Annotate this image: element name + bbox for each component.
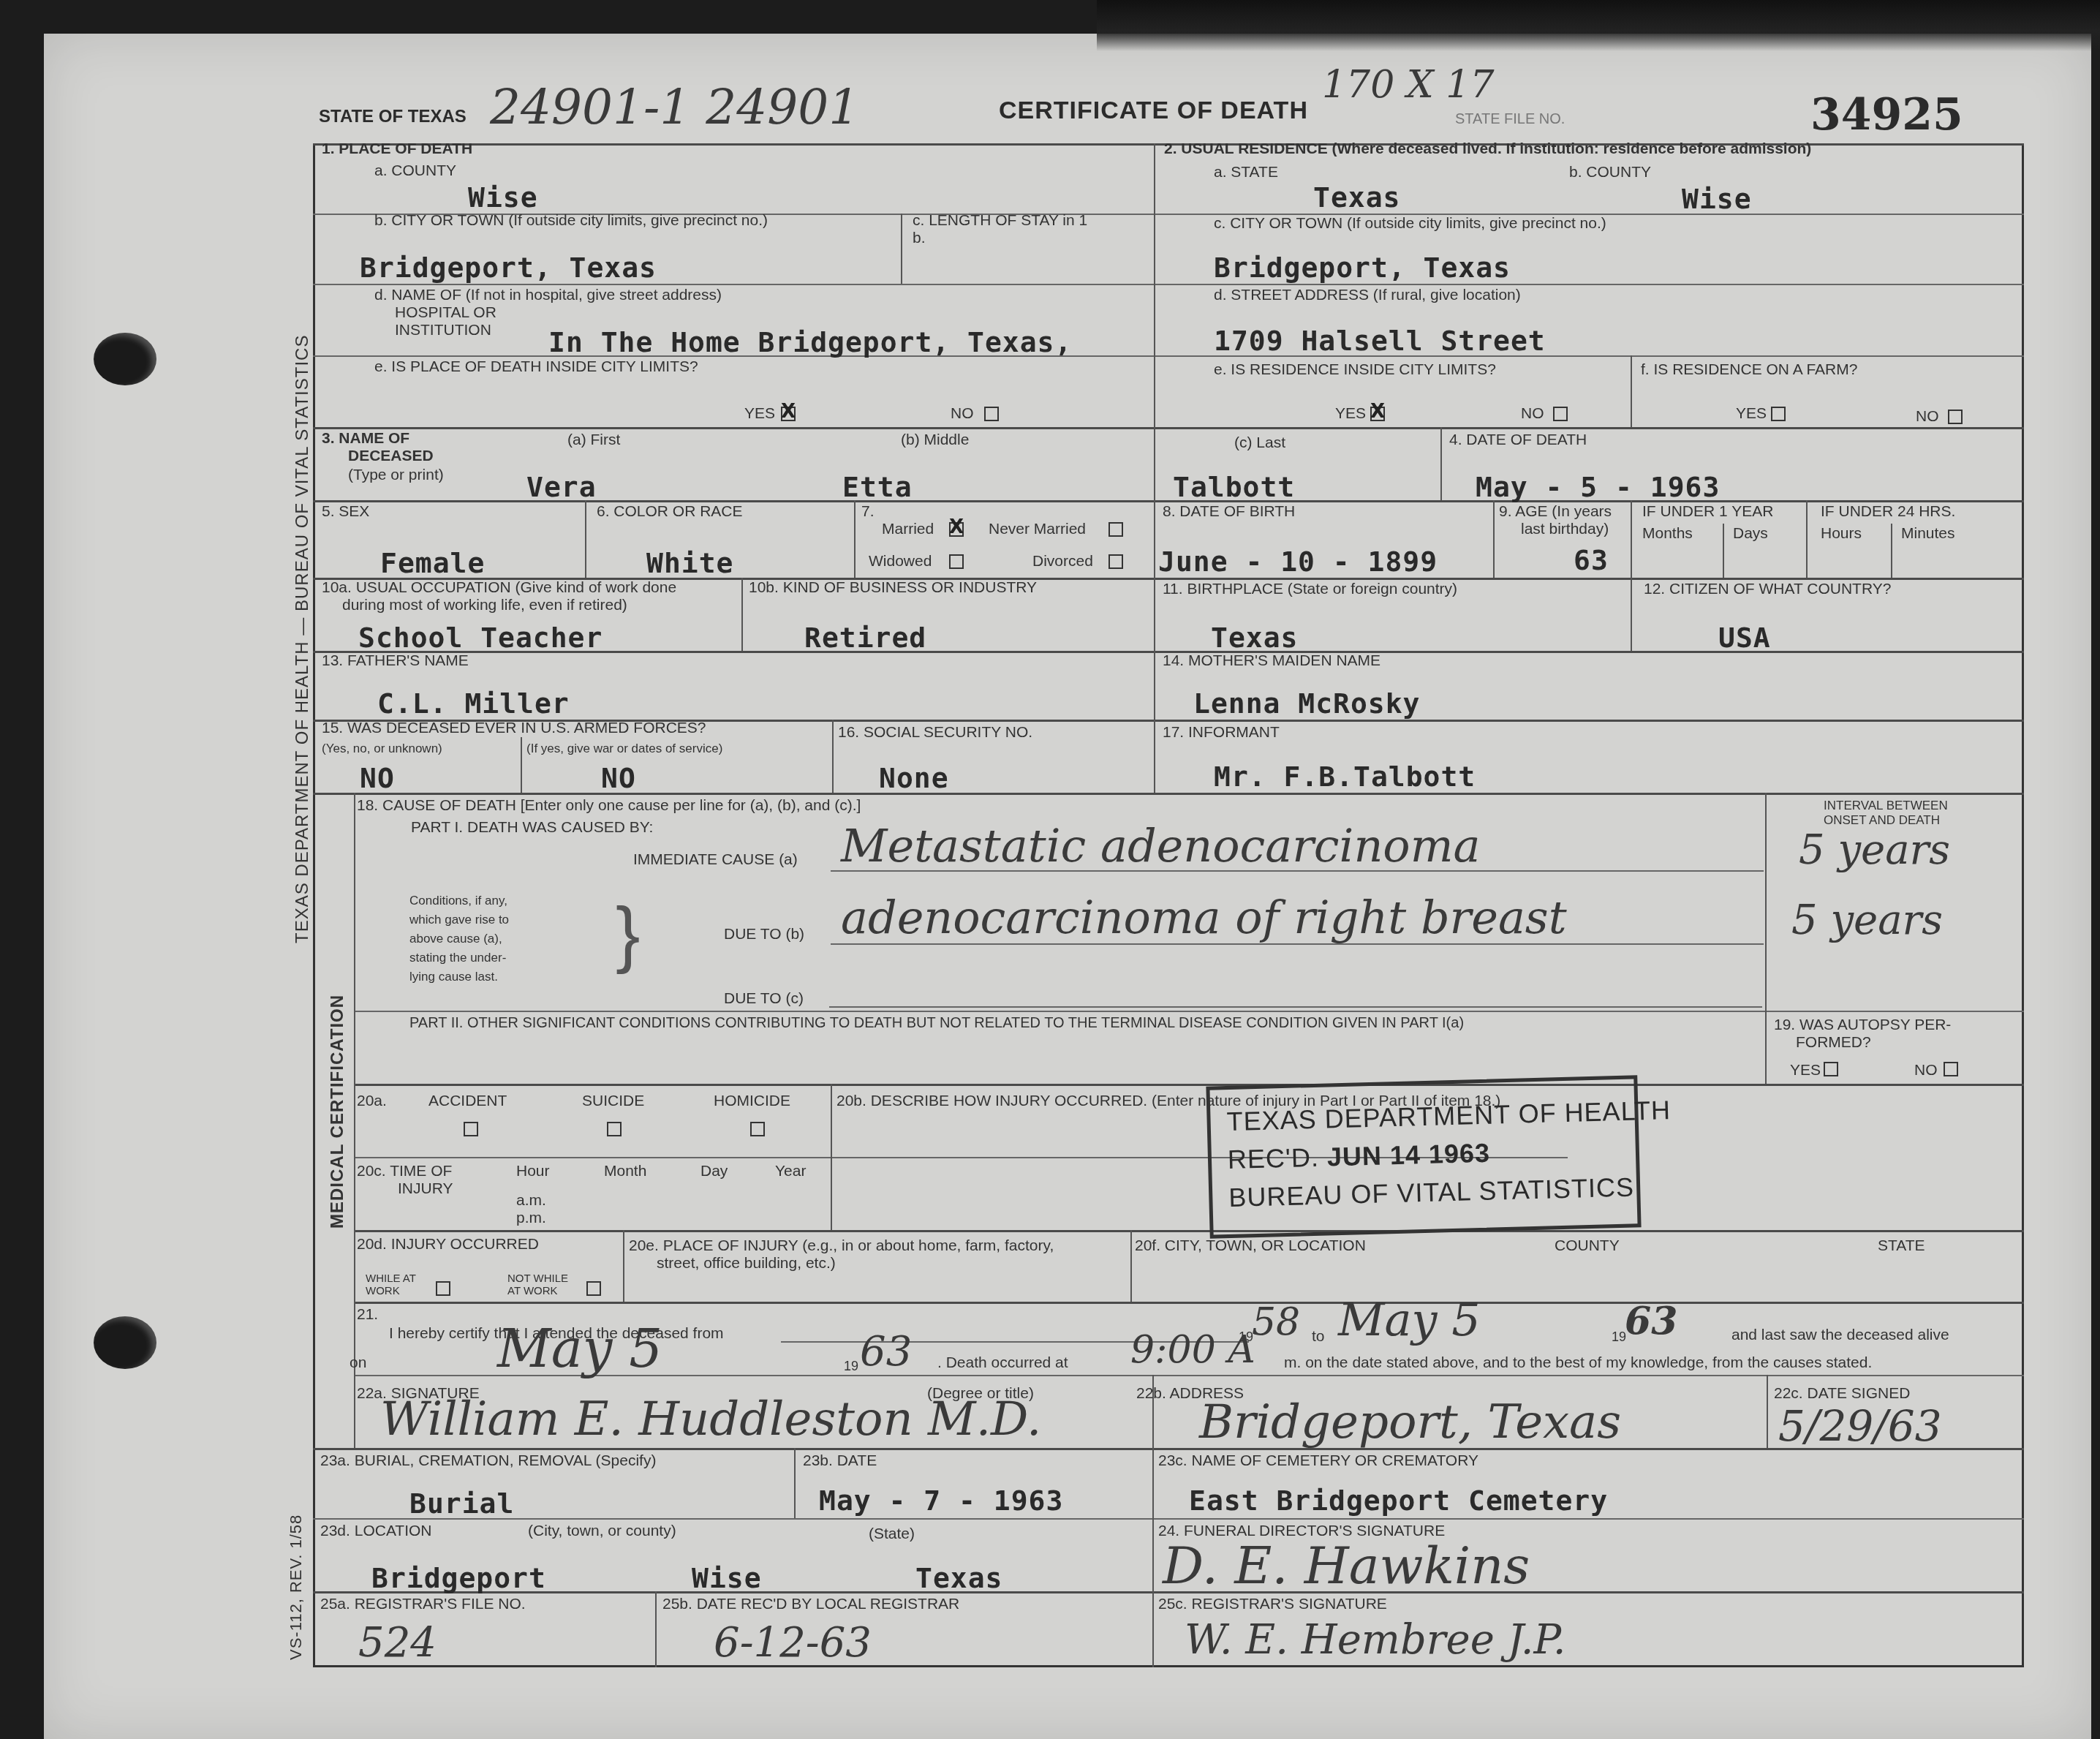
- autopsy-label: 19. WAS AUTOPSY PER-: [1774, 1016, 1951, 1034]
- conditions-note: which gave rise to: [409, 913, 509, 927]
- injury-type-label: 20a.: [357, 1093, 387, 1110]
- age-label: 9. AGE (In years: [1499, 503, 1612, 521]
- armed-yn-label: (Yes, no, or unknown): [322, 742, 442, 756]
- conditions-note: above cause (a),: [409, 932, 502, 946]
- farm-no-checkbox[interactable]: [1948, 410, 1963, 424]
- marital-label: 7.: [861, 503, 875, 521]
- interval-label: INTERVAL BETWEEN: [1824, 799, 1948, 813]
- farm-label: f. IS RESIDENCE ON A FARM?: [1641, 361, 1857, 379]
- inside-city-label: e. IS PLACE OF DEATH INSIDE CITY LIMITS?: [374, 358, 698, 376]
- minutes-label: Minutes: [1901, 525, 1955, 543]
- certification-number: 21.: [357, 1306, 378, 1324]
- no-label: NO: [1914, 1062, 1938, 1079]
- form-id: VS-112, REV. 1/58: [287, 1514, 306, 1660]
- institution-value: In The Home Bridgeport, Texas,: [548, 326, 1072, 358]
- date-of-death-value: May - 5 - 1963: [1476, 471, 1720, 503]
- injury-occurred-label: 20d. INJURY OCCURRED: [357, 1236, 539, 1253]
- suicide-label: SUICIDE: [582, 1093, 644, 1110]
- interval-a-value: 5 years: [1799, 826, 1950, 874]
- residence-county-value: Wise: [1682, 183, 1752, 215]
- father-name-label: 13. FATHER'S NAME: [322, 652, 469, 670]
- name-label-2: DECEASED: [348, 448, 434, 465]
- dob-value: June - 10 - 1899: [1158, 546, 1438, 578]
- time-of-injury-label-2: INJURY: [398, 1180, 453, 1198]
- armed-forces-label: 15. WAS DECEASED EVER IN U.S. ARMED FORC…: [322, 720, 706, 737]
- date-of-death-label: 4. DATE OF DEATH: [1449, 431, 1587, 449]
- residence-state-label: a. STATE: [1214, 164, 1278, 181]
- street-address-value: 1709 Halsell Street: [1214, 325, 1546, 357]
- conditions-note: Conditions, if any,: [409, 894, 507, 908]
- name-label-3: (Type or print): [348, 467, 444, 484]
- no-label: NO: [1916, 408, 1939, 426]
- state-label: STATE OF TEXAS: [319, 107, 467, 127]
- first-name-value: Vera: [526, 471, 597, 503]
- part2-label: PART II. OTHER SIGNIFICANT CONDITIONS CO…: [409, 1015, 1464, 1032]
- last-seen-year: 63: [860, 1328, 912, 1376]
- death-occurred-label: . Death occurred at: [937, 1354, 1068, 1372]
- stamp-recd: REC'D.: [1227, 1142, 1319, 1174]
- date-recd-value: 6-12-63: [714, 1619, 872, 1667]
- divorced-label: Divorced: [1032, 553, 1093, 570]
- armed-service-label: (If yes, give war or dates of service): [526, 742, 722, 756]
- date-recd-label: 25b. DATE REC'D BY LOCAL REGISTRAR: [662, 1596, 959, 1613]
- to-label: to: [1312, 1328, 1325, 1346]
- death-county-value: Wise: [468, 181, 538, 214]
- department-margin-text: TEXAS DEPARTMENT OF HEALTH — BUREAU OF V…: [292, 335, 313, 943]
- residence-county-label: b. COUNTY: [1569, 164, 1651, 181]
- middle-name-value: Etta: [842, 471, 913, 503]
- never-married-label: Never Married: [989, 521, 1086, 538]
- physician-signature: William E. Huddleston M.D.: [380, 1392, 1041, 1446]
- citizen-value: USA: [1718, 622, 1771, 654]
- farm-yes-checkbox[interactable]: [1771, 407, 1786, 421]
- death-city-value: Bridgeport, Texas: [360, 252, 657, 284]
- residence-state-value: Texas: [1313, 181, 1400, 214]
- ssn-value: None: [879, 762, 949, 794]
- dob-label: 8. DATE OF BIRTH: [1163, 503, 1295, 521]
- race-value: White: [646, 547, 733, 579]
- while-at-work-checkbox[interactable]: [436, 1281, 450, 1296]
- injury-city-label: 20f. CITY, TOWN, OR LOCATION: [1135, 1237, 1366, 1255]
- never-married-checkbox[interactable]: [1108, 522, 1123, 537]
- state-file-label: STATE FILE NO.: [1455, 111, 1565, 128]
- married-checkbox[interactable]: [949, 522, 964, 537]
- hour-label: Hour: [516, 1163, 550, 1180]
- homicide-label: HOMICIDE: [714, 1093, 790, 1110]
- county-label: a. COUNTY: [374, 162, 456, 180]
- burial-date-label: 23b. DATE: [803, 1452, 877, 1470]
- received-stamp: TEXAS DEPARTMENT OF HEALTH REC'D. JUN 14…: [1206, 1075, 1641, 1238]
- physician-address: Bridgeport, Texas: [1199, 1395, 1621, 1449]
- registrar-signature: W. E. Hembree J.P.: [1185, 1616, 1566, 1664]
- conditions-note: lying cause last.: [409, 970, 498, 984]
- widowed-checkbox[interactable]: [949, 554, 964, 569]
- industry-label: 10b. KIND OF BUSINESS OR INDUSTRY: [749, 579, 1037, 597]
- bracket-icon: }: [616, 892, 640, 976]
- place-of-death-label: 1. PLACE OF DEATH: [322, 140, 472, 158]
- first-name-label: (a) First: [567, 431, 620, 449]
- attended-to-date: May 5: [1338, 1293, 1481, 1346]
- injury-state-label: STATE: [1878, 1237, 1925, 1255]
- residence-inside-city-label: e. IS RESIDENCE INSIDE CITY LIMITS?: [1214, 361, 1496, 379]
- inside-city-yes-checkbox[interactable]: [781, 407, 796, 421]
- autopsy-yes-checkbox[interactable]: [1824, 1062, 1838, 1076]
- due-to-b-label: DUE TO (b): [724, 926, 804, 943]
- due-to-b-value: adenocarcinoma of right breast: [841, 891, 1567, 944]
- part1-label: PART I. DEATH WAS CAUSED BY:: [411, 819, 653, 837]
- sex-value: Female: [380, 547, 485, 579]
- occupation-value: School Teacher: [358, 622, 603, 654]
- yes-label: YES: [1736, 405, 1767, 423]
- punch-hole-icon: [94, 333, 156, 385]
- burial-date-value: May - 7 - 1963: [819, 1485, 1063, 1517]
- birthplace-value: Texas: [1211, 622, 1298, 654]
- interval-b-value: 5 years: [1791, 897, 1943, 944]
- age-value: 63: [1574, 544, 1609, 576]
- residence-inside-city-yes-checkbox[interactable]: [1370, 407, 1385, 421]
- months-label: Months: [1642, 525, 1693, 543]
- location-city-value: Bridgeport: [371, 1562, 546, 1594]
- immediate-cause-value: Metastatic adenocarcinoma: [841, 819, 1480, 872]
- father-name-value: C.L. Miller: [377, 687, 570, 720]
- year-label: Year: [775, 1163, 806, 1180]
- stamp-year: 1963: [1428, 1138, 1490, 1169]
- residence-city-value: Bridgeport, Texas: [1214, 252, 1511, 284]
- usual-residence-label: 2. USUAL RESIDENCE (Where deceased lived…: [1164, 140, 1811, 158]
- cause-of-death-label: 18. CAUSE OF DEATH [Enter only one cause…: [357, 797, 861, 815]
- suicide-checkbox[interactable]: [607, 1122, 622, 1136]
- divorced-checkbox[interactable]: [1108, 554, 1123, 569]
- yes-label: YES: [1790, 1062, 1821, 1079]
- last-seen-date: May 5: [497, 1318, 662, 1379]
- date-signed-label: 22c. DATE SIGNED: [1774, 1385, 1910, 1403]
- no-label: NO: [1521, 405, 1544, 423]
- widowed-label: Widowed: [869, 553, 932, 570]
- stamp-date: JUN 14: [1326, 1139, 1421, 1172]
- middle-name-label: (b) Middle: [901, 431, 969, 449]
- place-of-injury-label-2: street, office building, etc.): [657, 1255, 836, 1272]
- punch-hole-icon: [94, 1316, 156, 1369]
- am-label: a.m.: [516, 1192, 546, 1210]
- institution-label-3: INSTITUTION: [395, 322, 491, 339]
- informant-value: Mr. F.B.Talbott: [1214, 761, 1476, 793]
- residence-city-label: c. CITY OR TOWN (If outside city limits,…: [1214, 215, 1606, 233]
- last-name-value: Talbott: [1173, 471, 1295, 503]
- certificate-title: CERTIFICATE OF DEATH: [999, 97, 1308, 125]
- last-name-label: (c) Last: [1234, 434, 1285, 452]
- registrar-file-no-value: 524: [358, 1619, 437, 1667]
- scan-shadow: [1097, 0, 2100, 51]
- burial-type-value: Burial: [409, 1487, 514, 1520]
- sex-label: 5. SEX: [322, 503, 369, 521]
- days-label: Days: [1733, 525, 1768, 543]
- street-address-label: d. STREET ADDRESS (If rural, give locati…: [1214, 287, 1521, 304]
- while-at-work-label: WHILE AT WORK: [366, 1272, 431, 1298]
- location-city-label: (City, town, or county): [528, 1523, 676, 1540]
- funeral-director-signature: D. E. Hawkins: [1163, 1536, 1530, 1596]
- place-of-injury-label: 20e. PLACE OF INJURY (e.g., in or about …: [629, 1237, 1054, 1255]
- not-while-at-work-checkbox[interactable]: [586, 1281, 601, 1296]
- conditions-note: stating the under-: [409, 951, 506, 965]
- certificate-number: 34925: [1810, 89, 1963, 140]
- city-label: b. CITY OR TOWN (If outside city limits,…: [374, 212, 768, 230]
- yes-label: YES: [1335, 405, 1366, 423]
- interval-label-2: ONSET AND DEATH: [1824, 813, 1940, 828]
- year-prefix: 19: [844, 1359, 858, 1374]
- cemetery-label: 23c. NAME OF CEMETERY OR CREMATORY: [1158, 1452, 1478, 1470]
- immediate-cause-label: IMMEDIATE CAUSE (a): [633, 851, 798, 869]
- armed-service-value: NO: [601, 762, 636, 794]
- attended-to-year: 63: [1625, 1299, 1677, 1343]
- accident-checkbox[interactable]: [464, 1122, 478, 1136]
- occupation-label-2: during most of working life, even if ret…: [342, 597, 627, 614]
- age-label-2: last birthday): [1521, 521, 1609, 538]
- location-state-label: (State): [869, 1525, 915, 1543]
- certification-text-2: and last saw the deceased alive: [1731, 1327, 1949, 1344]
- race-label: 6. COLOR OR RACE: [597, 503, 743, 521]
- industry-value: Retired: [804, 622, 926, 654]
- name-label: 3. NAME OF: [322, 430, 409, 448]
- ssn-label: 16. SOCIAL SECURITY NO.: [838, 724, 1032, 742]
- under-1-year-label: IF UNDER 1 YEAR: [1642, 503, 1773, 521]
- married-label: Married: [882, 521, 934, 538]
- citizen-label: 12. CITIZEN OF WHAT COUNTRY?: [1644, 581, 1891, 598]
- hours-label: Hours: [1821, 525, 1862, 543]
- length-of-stay-label: c. LENGTH OF STAY in 1 b.: [913, 212, 1103, 247]
- pm-label: p.m.: [516, 1210, 546, 1227]
- accident-label: ACCIDENT: [428, 1093, 507, 1110]
- informant-label: 17. INFORMANT: [1163, 724, 1280, 742]
- injury-county-label: COUNTY: [1555, 1237, 1620, 1255]
- cemetery-value: East Bridgeport Cemetery: [1189, 1485, 1608, 1517]
- inside-city-no-checkbox[interactable]: [984, 407, 999, 421]
- no-label: NO: [951, 405, 974, 423]
- autopsy-no-checkbox[interactable]: [1944, 1062, 1958, 1076]
- homicide-checkbox[interactable]: [750, 1122, 765, 1136]
- occupation-label: 10a. USUAL OCCUPATION (Give kind of work…: [322, 579, 676, 597]
- time-of-injury-label: 20c. TIME OF: [357, 1163, 452, 1180]
- handwritten-index-numbers: 24901-1 24901: [490, 79, 859, 135]
- residence-inside-city-no-checkbox[interactable]: [1553, 407, 1568, 421]
- attended-from-year: 58: [1252, 1300, 1300, 1344]
- registrar-file-no-label: 25a. REGISTRAR'S FILE NO.: [320, 1596, 526, 1613]
- location-label: 23d. LOCATION: [320, 1523, 432, 1540]
- burial-type-label: 23a. BURIAL, CREMATION, REMOVAL (Specify…: [320, 1452, 656, 1470]
- mother-name-label: 14. MOTHER'S MAIDEN NAME: [1163, 652, 1381, 670]
- registrar-signature-label: 25c. REGISTRAR'S SIGNATURE: [1158, 1596, 1387, 1613]
- autopsy-label-2: FORMED?: [1796, 1034, 1871, 1052]
- armed-forces-value: NO: [360, 762, 395, 794]
- due-to-c-label: DUE TO (c): [724, 990, 804, 1008]
- mother-name-value: Lenna McRosky: [1193, 687, 1420, 720]
- month-label: Month: [604, 1163, 646, 1180]
- day-label: Day: [700, 1163, 728, 1180]
- on-label: on: [350, 1354, 366, 1372]
- location-county-value: Wise: [692, 1562, 762, 1594]
- location-state-value: Texas: [915, 1562, 1002, 1594]
- handwritten-state-file: 170 X 17: [1322, 63, 1495, 107]
- yes-label: YES: [744, 405, 775, 423]
- not-while-at-work-label: NOT WHILE AT WORK: [507, 1272, 581, 1298]
- certification-text-3: m. on the date stated above, and to the …: [1284, 1354, 1872, 1372]
- under-24-hrs-label: IF UNDER 24 HRS.: [1821, 503, 1955, 521]
- date-signed-value: 5/29/63: [1778, 1401, 1942, 1451]
- institution-label-2: HOSPITAL OR: [395, 304, 496, 322]
- death-time: 9:00 A: [1130, 1328, 1255, 1372]
- birthplace-label: 11. BIRTHPLACE (State or foreign country…: [1163, 581, 1457, 598]
- institution-label: d. NAME OF (If not in hospital, give str…: [374, 287, 722, 304]
